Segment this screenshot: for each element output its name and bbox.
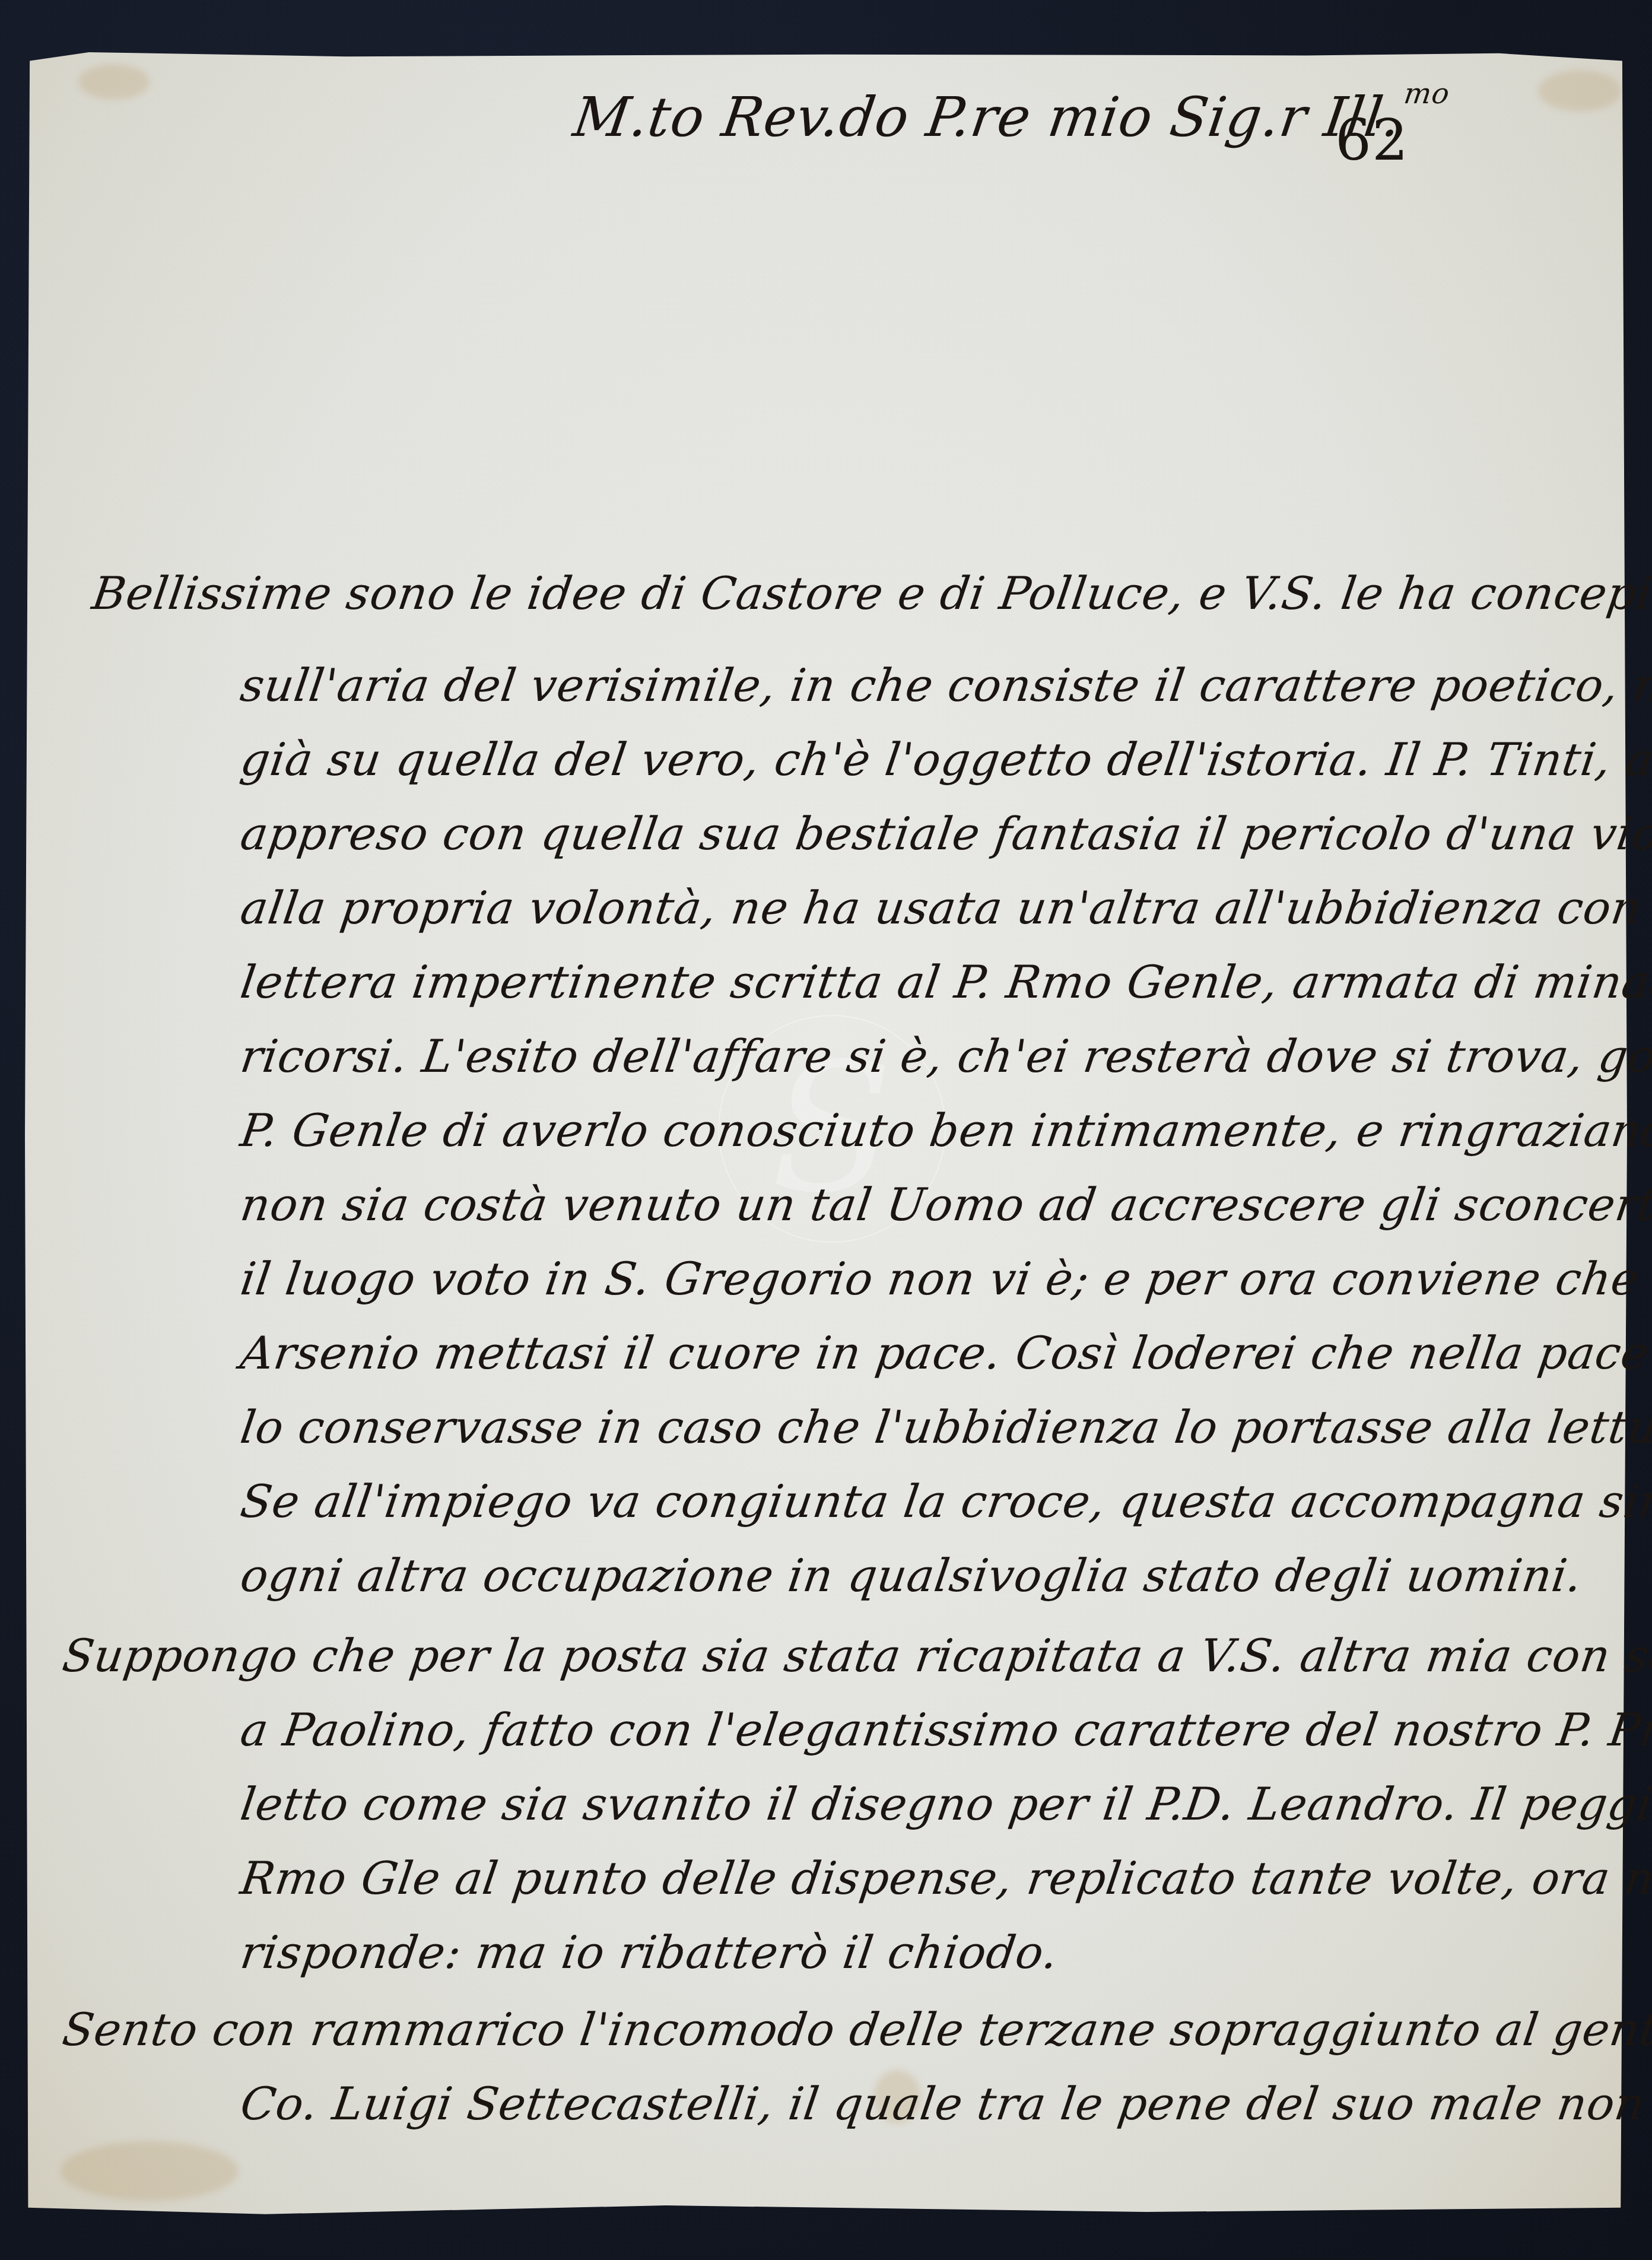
text-line: Se all'impiego va congiunta la croce, qu… bbox=[237, 1475, 1652, 1528]
foxing-stain bbox=[78, 64, 150, 100]
text-line: Sento con rammarico l'incomodo delle ter… bbox=[59, 2003, 1652, 2056]
letter-salutation: M.to Rev.do P.re mio Sig.r Ill.mo bbox=[570, 77, 1452, 149]
foxing-stain bbox=[61, 2141, 239, 2201]
text-line: alla propria volontà, ne ha usata un'alt… bbox=[237, 881, 1652, 934]
salutation-text: M.to Rev.do P.re mio Sig.r Ill. bbox=[570, 85, 1405, 149]
text-line: sull'aria del verisimile, in che consist… bbox=[237, 659, 1652, 712]
text-line: ricorsi. L'esito dell'affare si è, ch'ei… bbox=[237, 1030, 1652, 1083]
folio-number: 62 bbox=[1335, 107, 1409, 173]
text-line: a Paolino, fatto con l'elegantissimo car… bbox=[237, 1703, 1652, 1756]
text-line: risponde: ma io ribatterò il chiodo. bbox=[237, 1926, 1062, 1979]
text-line: P. Genle di averlo conosciuto ben intima… bbox=[237, 1104, 1652, 1157]
text-line: letto come sia svanito il disegno per il… bbox=[237, 1777, 1652, 1830]
text-line: il luogo voto in S. Gregorio non vi è; e… bbox=[237, 1252, 1652, 1305]
foxing-stain bbox=[1538, 70, 1621, 112]
text-line: Suppongo che per la posta sia stata rica… bbox=[59, 1629, 1652, 1682]
text-line: lettera impertinente scritta al P. Rmo G… bbox=[237, 956, 1652, 1008]
text-line: lo conservasse in caso che l'ubbidienza … bbox=[237, 1401, 1652, 1453]
text-line: ogni altra occupazione in qualsivoglia s… bbox=[237, 1549, 1586, 1602]
text-line: appreso con quella sua bestiale fantasia… bbox=[237, 807, 1652, 860]
salutation-superscript: mo bbox=[1402, 77, 1451, 110]
text-line: Co. Luigi Settecastelli, il quale tra le… bbox=[237, 2077, 1652, 2130]
text-line: Arsenio mettasi il cuore in pace. Così l… bbox=[237, 1326, 1652, 1379]
text-line: già su quella del vero, ch'è l'oggetto d… bbox=[237, 733, 1652, 786]
text-line: Rmo Gle al punto delle dispense, replica… bbox=[237, 1852, 1652, 1905]
text-line: non sia costà venuto un tal Uomo ad accr… bbox=[237, 1178, 1652, 1231]
text-line: Bellissime sono le idee di Castore e di … bbox=[89, 567, 1652, 620]
